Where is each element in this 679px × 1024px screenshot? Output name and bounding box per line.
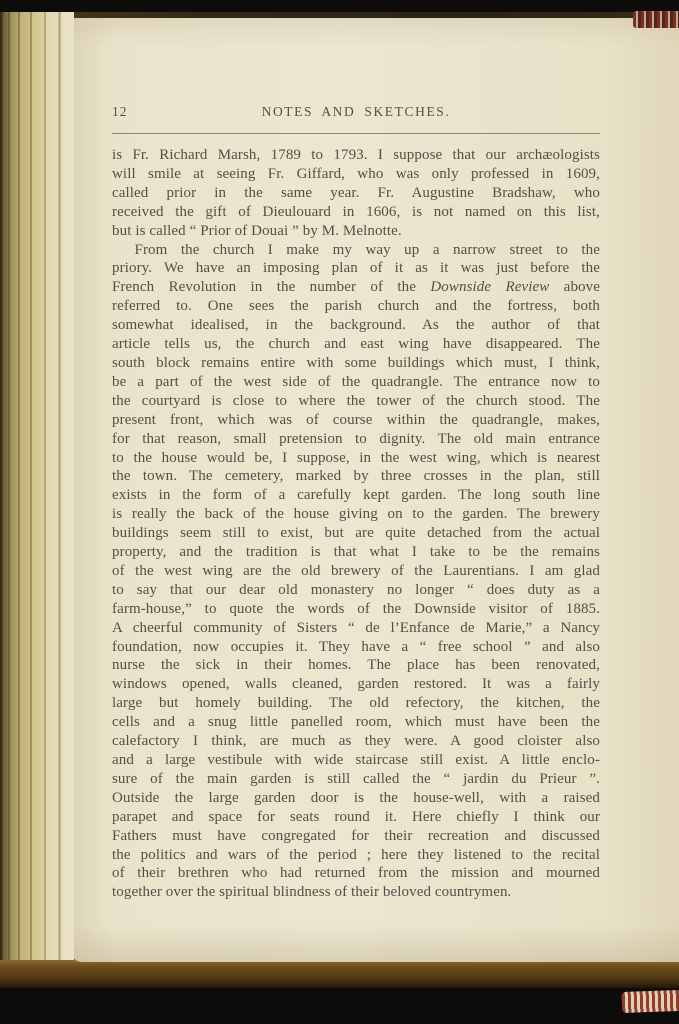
book-page: 12 NOTES AND SKETCHES. is Fr. Richard Ma… bbox=[70, 18, 679, 962]
text-line: the courtyard is close to where the towe… bbox=[112, 392, 600, 411]
book-cover-bottom-edge bbox=[0, 960, 679, 988]
text-line: buildings seem still to exist, but are q… bbox=[112, 524, 600, 543]
text-line: is really the back of the house giving o… bbox=[112, 505, 600, 524]
headband-top-right bbox=[633, 11, 679, 28]
text-line: parapet and space for seats round it. He… bbox=[112, 808, 600, 827]
text-line: to say that our dear old monastery no lo… bbox=[112, 581, 600, 600]
paragraph: From the church I make my way up a narro… bbox=[112, 241, 600, 903]
headband-bottom-right bbox=[622, 990, 679, 1013]
text-line: will smile at seeing Fr. Giffard, who wa… bbox=[112, 165, 600, 184]
text-line: sure of the main garden is still called … bbox=[112, 770, 600, 789]
text-line: article tells us, the church and east wi… bbox=[112, 335, 600, 354]
page-content: 12 NOTES AND SKETCHES. is Fr. Richard Ma… bbox=[112, 104, 600, 902]
text-line: large but homely building. The old refec… bbox=[112, 694, 600, 713]
text-line: present front, which was of course withi… bbox=[112, 411, 600, 430]
text-line: but is called “ Prior of Douai ” by M. M… bbox=[112, 222, 600, 241]
text-line: referred to. One sees the parish church … bbox=[112, 297, 600, 316]
body-text: is Fr. Richard Marsh, 1789 to 1793. I su… bbox=[112, 146, 600, 902]
book-scan: 12 NOTES AND SKETCHES. is Fr. Richard Ma… bbox=[0, 0, 679, 1024]
text-line: the politics and wars of the period ; he… bbox=[112, 846, 600, 865]
text-line: together over the spiritual blindness of… bbox=[112, 883, 600, 902]
page-edges-stack bbox=[0, 12, 74, 960]
text-line: called prior in the same year. Fr. Augus… bbox=[112, 184, 600, 203]
text-line: for that reason, small pretension to dig… bbox=[112, 430, 600, 449]
text-line: be a part of the west side of the quadra… bbox=[112, 373, 600, 392]
text-line: Outside the large garden door is the hou… bbox=[112, 789, 600, 808]
text-line: somewhat idealised, in the background. A… bbox=[112, 316, 600, 335]
text-line: exists in the form of a carefully kept g… bbox=[112, 486, 600, 505]
running-title: NOTES AND SKETCHES. bbox=[156, 104, 556, 120]
text-line: of their brethren who had returned from … bbox=[112, 864, 600, 883]
text-line: cells and a snug little panelled room, w… bbox=[112, 713, 600, 732]
text-line: the town. The cemetery, marked by three … bbox=[112, 467, 600, 486]
text-line: received the gift of Dieulouard in 1606,… bbox=[112, 203, 600, 222]
text-line: to the house would be, I suppose, in the… bbox=[112, 449, 600, 468]
text-line: From the church I make my way up a narro… bbox=[112, 241, 600, 260]
paragraph: is Fr. Richard Marsh, 1789 to 1793. I su… bbox=[112, 146, 600, 241]
text-line: south block remains entire with some bui… bbox=[112, 354, 600, 373]
text-line: farm-house,” to quote the words of the D… bbox=[112, 600, 600, 619]
header-rule bbox=[112, 133, 600, 134]
text-line: property, and the tradition is that what… bbox=[112, 543, 600, 562]
text-line: of the west wing are the old brewery of … bbox=[112, 562, 600, 581]
text-line: French Revolution in the number of the D… bbox=[112, 278, 600, 297]
text-line: nurse the sick in their homes. The place… bbox=[112, 656, 600, 675]
text-line: A cheerful community of Sisters “ de l’E… bbox=[112, 619, 600, 638]
page-number: 12 bbox=[112, 104, 156, 120]
text-line: calefactory I think, are much as they we… bbox=[112, 732, 600, 751]
text-line: foundation, now occupies it. They have a… bbox=[112, 638, 600, 657]
text-line: windows opened, walls cleaned, garden re… bbox=[112, 675, 600, 694]
text-line: priory. We have an imposing plan of it a… bbox=[112, 259, 600, 278]
text-line: is Fr. Richard Marsh, 1789 to 1793. I su… bbox=[112, 146, 600, 165]
page-header: 12 NOTES AND SKETCHES. bbox=[112, 104, 600, 120]
text-line: Fathers must have congregated for their … bbox=[112, 827, 600, 846]
text-line: and a large vestibule with wide staircas… bbox=[112, 751, 600, 770]
